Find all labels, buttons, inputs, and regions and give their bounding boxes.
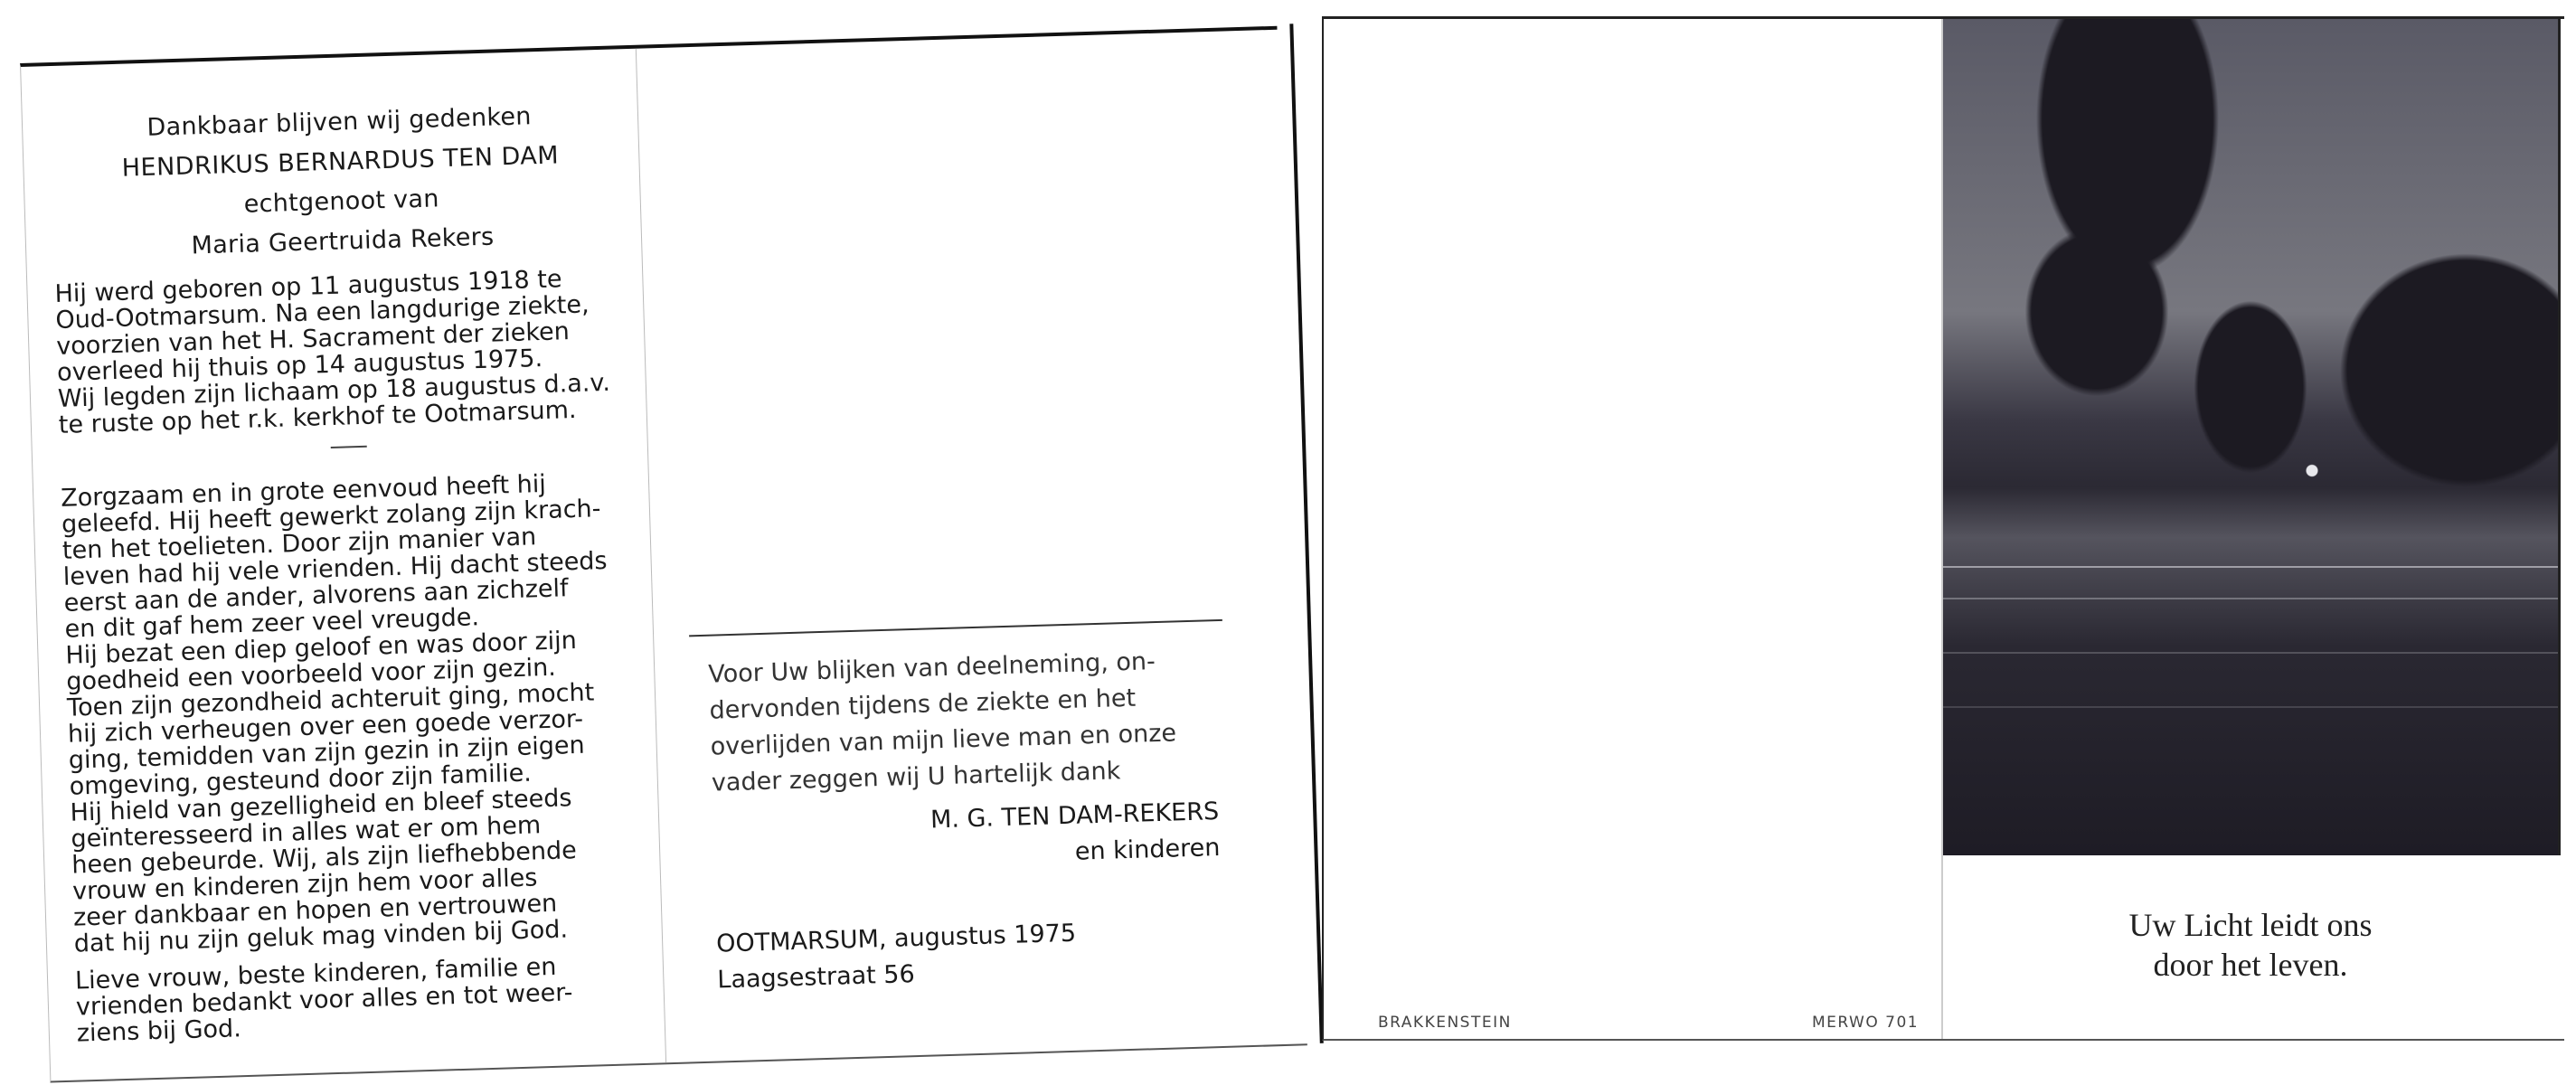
separator-dash bbox=[331, 446, 367, 448]
farewell-paragraph: Lieve vrouw, beste kinderen, familie env… bbox=[75, 951, 656, 1047]
motto: Uw Licht leidt ons door het leven. bbox=[1943, 905, 2558, 985]
biography-paragraph: Hij werd geboren op 11 augustus 1918 teO… bbox=[54, 264, 637, 439]
thanks-paragraph: Voor Uw blijken van deelneming, on-dervo… bbox=[708, 642, 1219, 802]
tribute-paragraph: Zorgzaam en in grote eenvoud heeft hijge… bbox=[61, 468, 653, 958]
memorial-card-inside: Dankbaar blijven wij gedenken HENDRIKUS … bbox=[20, 26, 1307, 1083]
card-edge bbox=[1289, 24, 1323, 1043]
memorial-card-outside: Uw Licht leidt ons door het leven. BRAKK… bbox=[1322, 16, 2564, 1041]
motto-line-2: door het leven. bbox=[1943, 945, 2558, 985]
thanks-panel: Voor Uw blijken van deelneming, on-dervo… bbox=[708, 642, 1224, 998]
print-code: MERWO 701 bbox=[1812, 1014, 1919, 1032]
signature: M. G. TEN DAM-REKERS en kinderen bbox=[712, 794, 1221, 882]
motto-line-1: Uw Licht leidt ons bbox=[1943, 905, 2558, 945]
sunset-sea-photo bbox=[1943, 19, 2561, 855]
memorial-text-panel: Dankbaar blijven wij gedenken HENDRIKUS … bbox=[50, 94, 656, 1047]
publisher-label: BRAKKENSTEIN bbox=[1378, 1014, 1512, 1032]
place-block: OOTMARSUM, augustus 1975 Laagsestraat 56 bbox=[716, 911, 1224, 999]
horizontal-rule bbox=[689, 619, 1222, 637]
